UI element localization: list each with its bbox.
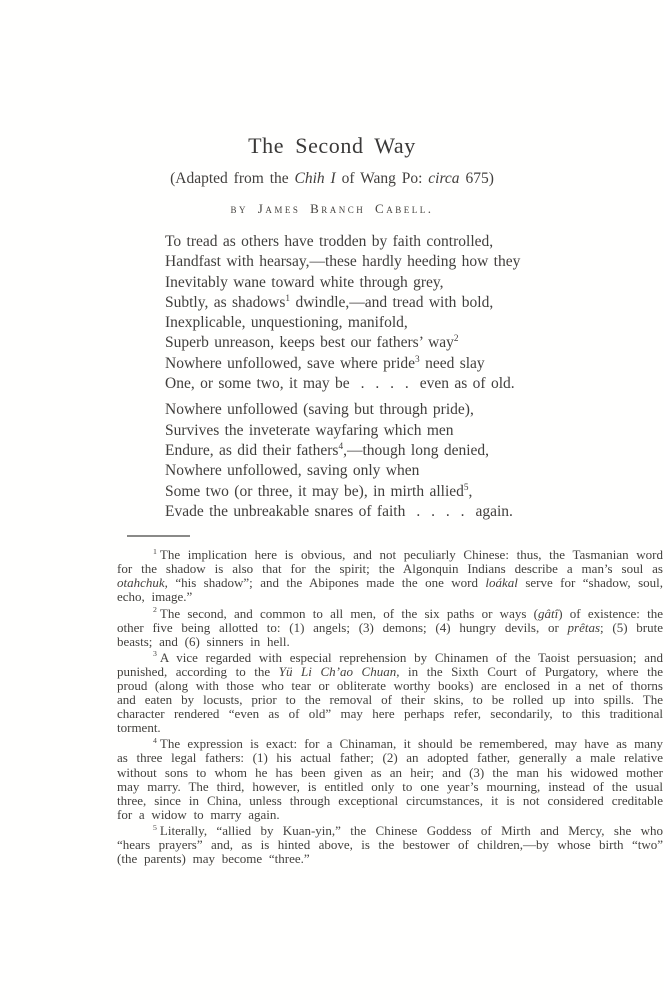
byline: by James Branch Cabell. [0,201,664,217]
italic-text: circa [428,170,459,187]
footnote-marker: 2 [153,605,157,614]
footnote-5: 5Literally, “allied by Kuan-yin,” the Ch… [117,824,663,866]
poem-line: Evade the unbreakable snares of faith. .… [165,502,664,522]
text-segment: Survives the inveterate wayfaring which … [165,422,454,439]
poem-line: One, or some two, it may be. . . .even a… [165,374,664,394]
text-segment: To tread as others have trodden by faith… [165,233,493,250]
text-segment: need slay [420,355,485,372]
text-segment: (Adapted from the [170,170,294,187]
page-title: The Second Way [0,133,664,159]
footnote-marker: 5 [153,823,157,832]
dot-leader: . . . . [361,375,409,392]
text-segment: , [469,483,473,500]
footnotes: 1The implication here is obvious, and no… [117,548,663,866]
stanza-1: To tread as others have trodden by faith… [165,232,664,394]
text-segment: The implication here is obvious, and not… [117,547,663,576]
text-segment: Superb unreason, keeps best our fathers’… [165,334,454,351]
poem-line: To tread as others have trodden by faith… [165,232,664,252]
text-segment: of Wang Po: [336,170,429,187]
text-segment: The second, and common to all men, of th… [160,606,538,621]
italic-text: otahchuk, [117,575,168,590]
text-segment: Nowhere unfollowed, saving only when [165,462,419,479]
poem-subtitle: (Adapted from the Chih I of Wang Po: cir… [0,170,664,188]
italic-text: prêtas [568,620,601,635]
text-segment: Endure, as did their fathers [165,442,338,459]
footnote-marker: 3 [153,649,157,658]
poem-line: Inevitably wane toward white through gre… [165,273,664,293]
footnote-marker: 4 [153,736,157,745]
footnote-3: 3A vice regarded with especial reprehens… [117,651,663,736]
book-page: The Second Way (Adapted from the Chih I … [0,0,664,1000]
footnote-4: 4The expression is exact: for a Chinaman… [117,737,663,822]
italic-text: loákal [485,575,518,590]
text-segment: Evade the unbreakable snares of faith [165,503,405,520]
text-segment: Nowhere unfollowed, save where pride [165,355,415,372]
text-segment: One, or some two, it may be [165,375,350,392]
text-segment: Nowhere unfollowed (saving but through p… [165,401,474,418]
footnote-marker: 1 [153,547,157,556]
text-segment: Inexplicable, unquestioning, manifold, [165,314,408,331]
stanza-2: Nowhere unfollowed (saving but through p… [165,400,664,522]
poem: To tread as others have trodden by faith… [165,232,664,522]
italic-text: gâtî [538,606,558,621]
text-segment: Some two (or three, it may be), in mirth… [165,483,464,500]
text-segment: Subtly, as shadows [165,294,285,311]
text-segment: 675) [460,170,494,187]
poem-line: Survives the inveterate wayfaring which … [165,421,664,441]
poem-line: Nowhere unfollowed, save where pride3 ne… [165,354,664,374]
text-segment: even as of old. [420,375,515,392]
text-segment: “his shadow”; and the Abipones made the … [168,575,486,590]
italic-text: Chih I [295,170,336,187]
poem-header: The Second Way (Adapted from the Chih I … [0,133,664,217]
dot-leader: . . . . [416,503,464,520]
text-segment: ,—though long denied, [343,442,489,459]
footnote-2: 2The second, and common to all men, of t… [117,607,663,649]
text-segment: The expression is exact: for a Chinaman,… [117,736,663,821]
poem-line: Nowhere unfollowed (saving but through p… [165,400,664,420]
poem-line: Some two (or three, it may be), in mirth… [165,482,664,502]
footnote-separator [127,535,190,537]
italic-text: Yü Li Ch’ao Chuan, [279,664,400,679]
text-segment: again. [475,503,512,520]
poem-line: Inexplicable, unquestioning, manifold, [165,313,664,333]
poem-line: Nowhere unfollowed, saving only when [165,461,664,481]
text-segment: Handfast with hearsay,—these hardly heed… [165,253,520,270]
text-segment: Literally, “allied by Kuan-yin,” the Chi… [117,823,663,866]
superscript-footnote-ref: 2 [454,334,459,344]
poem-line: Superb unreason, keeps best our fathers’… [165,333,664,353]
text-segment: Inevitably wane toward white through gre… [165,274,444,291]
poem-line: Subtly, as shadows1 dwindle,—and tread w… [165,293,664,313]
footnote-1: 1The implication here is obvious, and no… [117,548,663,604]
text-segment: dwindle,—and tread with bold, [290,294,493,311]
poem-line: Endure, as did their fathers4,—though lo… [165,441,664,461]
poem-line: Handfast with hearsay,—these hardly heed… [165,252,664,272]
